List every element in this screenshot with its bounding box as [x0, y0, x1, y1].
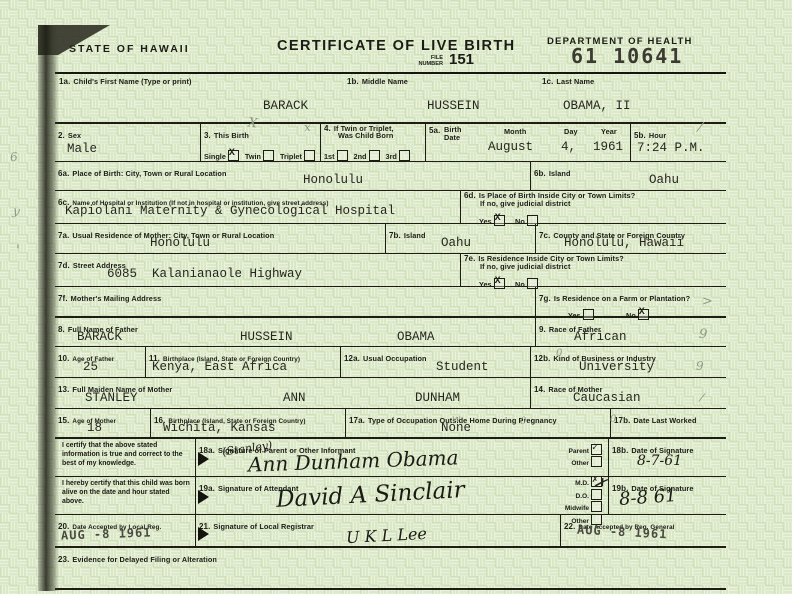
field-birth-date: 5a. Birth Date Month Day Year August 4, …: [425, 124, 630, 161]
registrar-signature: U K L Lee: [346, 524, 428, 547]
scanned-birth-certificate: STATE OF HAWAII CERTIFICATE OF LIVE BIRT…: [0, 0, 792, 594]
checkbox-parent: ✓: [591, 444, 602, 455]
field-6c: 6c.Name of Hospital or Institution (If n…: [55, 191, 460, 223]
field-19b: 19b.Date of Signature 8-8 61: [608, 477, 726, 514]
checkbox-2nd: [369, 150, 380, 161]
field-7e: 7e.Is Residence Inside City or Town Limi…: [460, 254, 726, 286]
field-7c: 7c.County and State or Foreign Country H…: [535, 224, 726, 253]
checkbox-1st: [337, 150, 348, 161]
field-19a: 19a.Signature of Attendant David A Sincl…: [195, 477, 608, 514]
field-17b: 17b.Date Last Worked: [610, 409, 726, 437]
field-12b-value: University: [579, 360, 654, 374]
field-1c-label: Last Name: [556, 77, 594, 86]
binding-shadow: [38, 25, 59, 591]
field-hour: 5b.Hour 7:24 P.M.: [630, 124, 726, 161]
row-informant-signature: I certify that the above stated informat…: [55, 439, 726, 477]
checkbox-md: ✗: [591, 476, 602, 487]
field-7b-value: Oahu: [441, 236, 471, 250]
form-header: STATE OF HAWAII CERTIFICATE OF LIVE BIRT…: [55, 30, 726, 74]
field-this-birth: 3.This Birth SingleXTwinTriplet: [200, 124, 320, 161]
pointer-icon: [198, 452, 209, 466]
checkbox-do: [591, 489, 602, 500]
field-22: 22.Date Accepted by Reg. General AUG -8 …: [560, 515, 726, 546]
file-number-value: 151: [449, 51, 474, 68]
field-12a: 12a.Usual Occupation Student: [340, 347, 530, 377]
field-hour-value: 7:24 P.M.: [637, 141, 705, 155]
field-10: 10.Age of Father 25: [55, 347, 145, 377]
field-18b-value: 8-7-61: [637, 453, 682, 469]
row-registrar: 20.Date Accepted by Local Reg. AUG -8 19…: [55, 515, 726, 548]
field-7d-value: 6085 Kalanianaole Highway: [107, 267, 302, 281]
field-17a: 17a.Type of Occupation Outside Home Duri…: [345, 409, 610, 437]
row-father-name: 8.Full Name of Father BARACK HUSSEIN OBA…: [55, 318, 726, 347]
field-7b: 7b.Island Oahu: [385, 224, 535, 253]
field-10-value: 25: [83, 360, 98, 374]
field-9-value: African: [574, 330, 627, 344]
field-12a-value: Student: [436, 360, 489, 374]
field-14-value: Caucasian: [573, 391, 641, 405]
mother-last-name: DUNHAM: [415, 391, 460, 405]
checkbox-midwife: [591, 501, 602, 512]
field-1a-label: Child's First Name (Type or print): [73, 77, 191, 86]
certification-informant-text: I certify that the above stated informat…: [58, 440, 195, 469]
certification-informant: I certify that the above stated informat…: [55, 439, 195, 476]
certification-attendant-text: I hereby certify that this child was bor…: [58, 478, 195, 507]
field-6d: 6d.Is Place of Birth Inside City or Town…: [460, 191, 726, 223]
field-18a: 18a.Signature of Parent or Other Informa…: [195, 439, 608, 476]
field-child-name: 1a.Child's First Name (Type or print) 1b…: [55, 74, 726, 122]
row-father-details: 10.Age of Father 25 11.Birthplace (Islan…: [55, 347, 726, 378]
field-7d: 7d.Street Address 6085 Kalanianaole High…: [55, 254, 460, 286]
certificate-form: STATE OF HAWAII CERTIFICATE OF LIVE BIRT…: [55, 30, 726, 590]
row-child-name: 1a.Child's First Name (Type or print) 1b…: [55, 74, 726, 124]
certificate-number-stamp: 61 10641: [571, 44, 683, 68]
pointer-icon: [198, 527, 209, 541]
birth-day-value: 4,: [561, 140, 576, 154]
row-attendant-signature: I hereby certify that this child was bor…: [55, 477, 726, 515]
field-6b-value: Oahu: [649, 173, 679, 187]
checkbox-twin: [263, 150, 274, 161]
field-21: 21.Signature of Local Registrar U K L Le…: [195, 515, 560, 546]
field-15: 15.Age of Mother 18: [55, 409, 150, 437]
certification-attendant: I hereby certify that this child was bor…: [55, 477, 195, 514]
local-reg-date-stamp: AUG -8 1961: [61, 525, 152, 542]
row-hospital: 6c.Name of Hospital or Institution (If n…: [55, 191, 726, 224]
attendant-signature: David A Sinclair: [275, 477, 465, 513]
field-7a: 7a.Usual Residence of Mother: City, Town…: [55, 224, 385, 253]
checkbox-single: X: [228, 150, 239, 161]
field-twin-born: 4.If Twin or Triplet, Was Child Born 1st…: [320, 124, 425, 161]
state-title: STATE OF HAWAII: [69, 43, 190, 55]
field-9: 9.Race of Father African: [535, 318, 726, 346]
field-17a-value: None: [441, 421, 471, 435]
field-6b: 6b.Island Oahu: [530, 162, 726, 190]
row-delayed-filing: 23.Evidence for Delayed Filing or Altera…: [55, 548, 726, 590]
field-7g: 7g.Is Residence on a Farm or Plantation?…: [535, 287, 726, 316]
row-birth-details: 2.Sex Male 3.This Birth SingleXTwinTripl…: [55, 124, 726, 162]
field-1b-label: Middle Name: [362, 77, 408, 86]
row-street-address: 7d.Street Address 6085 Kalanianaole High…: [55, 254, 726, 287]
document-title: CERTIFICATE OF LIVE BIRTH: [277, 38, 516, 54]
field-13: 13.Full Maiden Name of Mother STANLEY AN…: [55, 378, 530, 408]
row-mother-details: 15.Age of Mother 18 16.Birthplace (Islan…: [55, 409, 726, 439]
field-6a: 6a.Place of Birth: City, Town or Rural L…: [55, 162, 530, 190]
field-23: 23.Evidence for Delayed Filing or Altera…: [55, 548, 726, 588]
father-last-name: OBAMA: [397, 330, 435, 344]
field-16-value: Wichita, Kansas: [163, 421, 276, 435]
birth-month-value: August: [488, 140, 533, 154]
field-19b-value: 8-8 61: [618, 485, 677, 510]
mother-middle-name: ANN: [283, 391, 306, 405]
mother-first-name: STANLEY: [85, 391, 138, 405]
pointer-icon: [198, 490, 209, 504]
field-14: 14.Race of Mother Caucasian: [530, 378, 726, 408]
field-20: 20.Date Accepted by Local Reg. AUG -8 19…: [55, 515, 195, 546]
birth-year-value: 1961: [593, 140, 623, 154]
field-7c-value: Honolulu, Hawaii: [564, 236, 684, 250]
field-6a-value: Honolulu: [303, 173, 363, 187]
field-1c-value: OBAMA, II: [563, 99, 631, 113]
field-11-value: Kenya, East Africa: [152, 360, 287, 374]
field-1a-value: BARACK: [263, 99, 308, 113]
field-sex-value: Male: [67, 142, 97, 156]
checkbox-3rd: [399, 150, 410, 161]
checkbox-triplet: [304, 150, 315, 161]
row-place-of-birth: 6a.Place of Birth: City, Town or Rural L…: [55, 162, 726, 191]
field-15-value: 18: [87, 421, 102, 435]
father-middle-name: HUSSEIN: [240, 330, 293, 344]
field-16: 16.Birthplace (Island, State or Foreign …: [150, 409, 345, 437]
field-12b: 12b.Kind of Business or Industry Univers…: [530, 347, 726, 377]
field-7f: 7f.Mother's Mailing Address: [55, 287, 535, 316]
row-mother-name: 13.Full Maiden Name of Mother STANLEY AN…: [55, 378, 726, 409]
field-1b-value: HUSSEIN: [427, 99, 480, 113]
file-number-label: FILE NUMBER: [407, 55, 443, 67]
checkbox-other-informant: [591, 456, 602, 467]
row-mailing-address: 7f.Mother's Mailing Address 7g.Is Reside…: [55, 287, 726, 318]
row-mother-residence: 7a.Usual Residence of Mother: City, Town…: [55, 224, 726, 254]
field-8: 8.Full Name of Father BARACK HUSSEIN OBA…: [55, 318, 535, 346]
field-sex: 2.Sex Male: [55, 124, 200, 161]
field-6c-value: Kapiolani Maternity & Gynecological Hosp…: [65, 204, 395, 218]
field-11: 11.Birthplace (Island, State or Foreign …: [145, 347, 340, 377]
father-first-name: BARACK: [77, 330, 122, 344]
field-7a-value: Honolulu: [150, 236, 210, 250]
field-18b: 18b.Date of Signature 8-7-61: [608, 439, 726, 476]
